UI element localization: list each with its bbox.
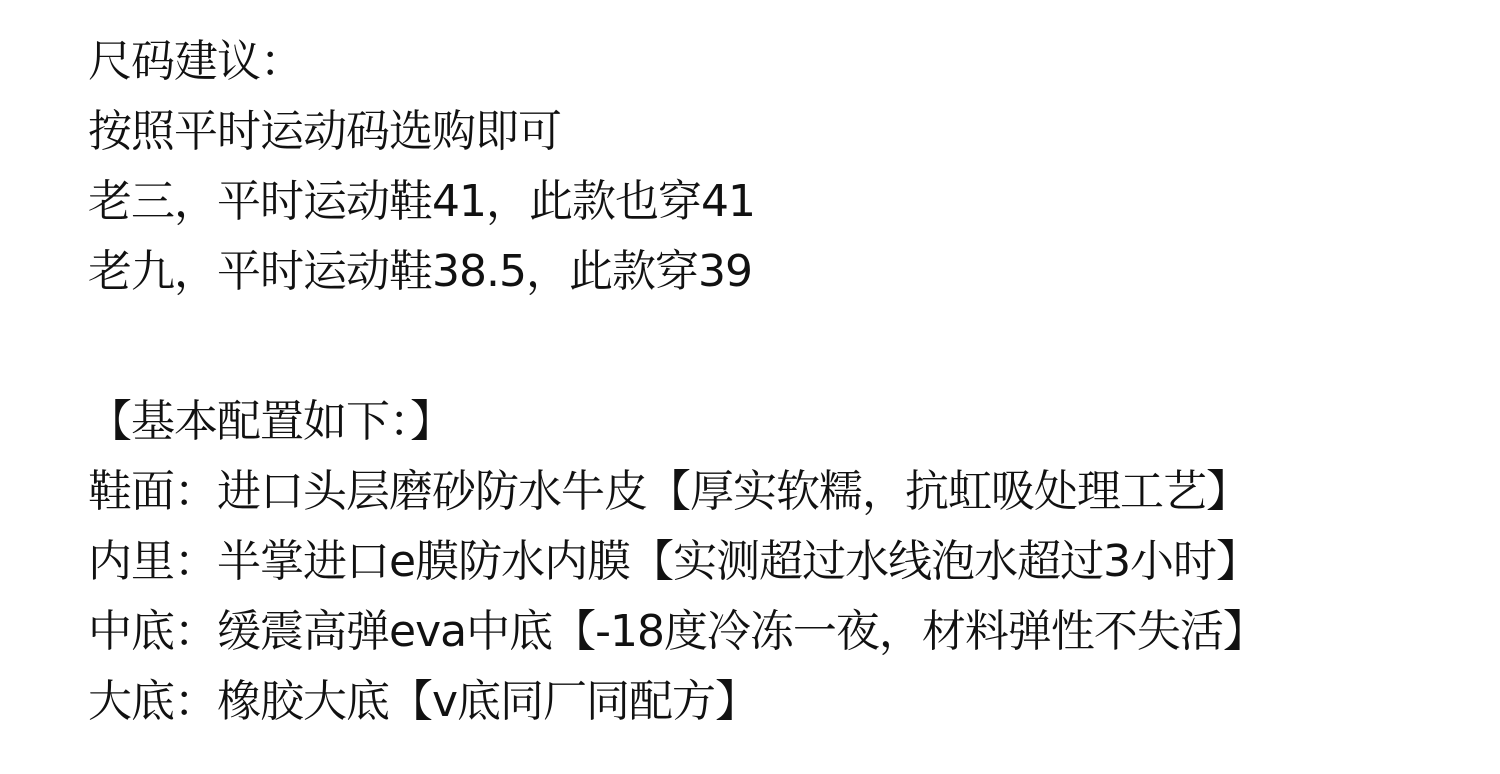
size-advice-line: 老三，平时运动鞋41，此款也穿41 bbox=[88, 172, 755, 232]
config-item-upper: 鞋面：进口头层磨砂防水牛皮【厚实软糯，抗虹吸处理工艺】 bbox=[88, 462, 1249, 522]
config-item-outsole: 大底：橡胶大底【v底同厂同配方】 bbox=[88, 672, 758, 732]
size-advice-heading: 尺码建议： bbox=[88, 32, 303, 92]
config-heading: 【基本配置如下：】 bbox=[88, 392, 453, 452]
size-advice-line: 老九，平时运动鞋38.5，此款穿39 bbox=[88, 242, 752, 302]
config-item-midsole: 中底：缓震高弹eva中底【-18度冷冻一夜，材料弹性不失活】 bbox=[88, 602, 1266, 662]
config-item-lining: 内里：半掌进口e膜防水内膜【实测超过水线泡水超过3小时】 bbox=[88, 532, 1259, 592]
size-advice-line: 按照平时运动码选购即可 bbox=[88, 102, 561, 162]
